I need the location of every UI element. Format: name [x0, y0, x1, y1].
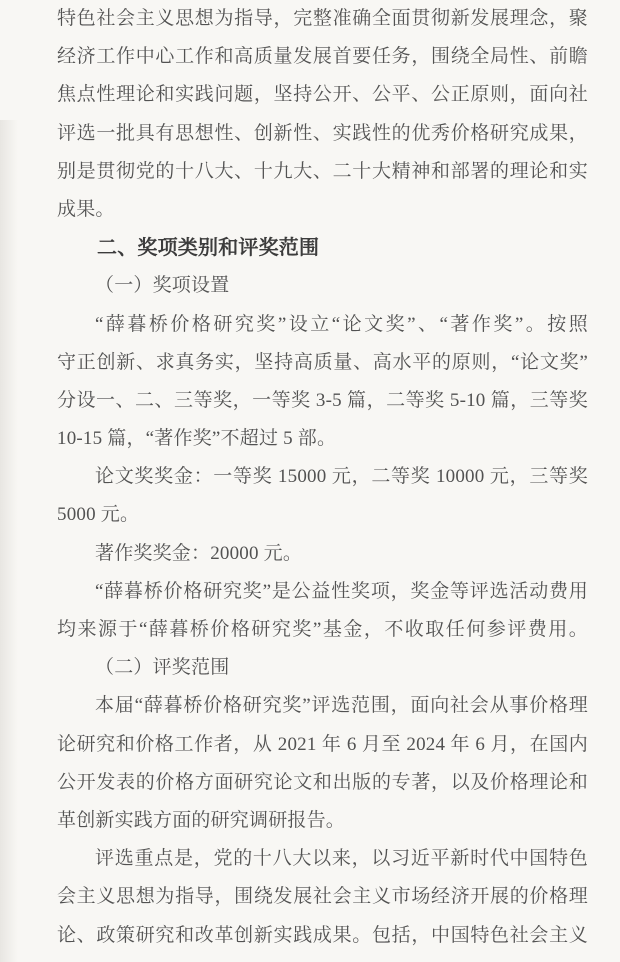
text-line: 分设一、二、三等奖，一等奖 3-5 篇，二等奖 5-10 篇，三等奖 — [57, 382, 588, 420]
text-line: 论、政策研究和改革创新实践成果。包括，中国特色社会主义价 — [57, 917, 588, 955]
text-line: 10-15 篇，“著作奖”不超过 5 部。 — [57, 420, 588, 458]
document-page: 特色社会主义思想为指导，完整准确全面贯彻新发展理念，聚焦经济工作中心工作和高质量… — [0, 0, 620, 962]
text-line: 均来源于“薛暮桥价格研究奖”基金，不收取任何参评费用。 — [57, 611, 588, 649]
text-line: 5000 元。 — [57, 496, 588, 534]
text-line: 论文奖奖金：一等奖 15000 元，二等奖 10000 元，三等奖 — [57, 458, 588, 496]
text-line: 会主义思想为指导，围绕发展社会主义市场经济开展的价格理 — [57, 878, 588, 916]
text-line: 评选一批具有思想性、创新性、实践性的优秀价格研究成果，特 — [57, 115, 588, 153]
text-line: “薛暮桥价格研究奖”设立“论文奖”、“著作奖”。按照 — [57, 306, 588, 344]
text-line: （二）评奖范围 — [57, 649, 588, 687]
text-line: 革创新实践方面的研究调研报告。 — [57, 802, 588, 840]
text-line: 守正创新、求真务实，坚持高质量、高水平的原则，“论文奖” — [57, 344, 588, 382]
text-line: 论研究和价格工作者，从 2021 年 6 月至 2024 年 6 月，在国内外 — [57, 726, 588, 764]
text-line: “薛暮桥价格研究奖”是公益性奖项，奖金等评选活动费用 — [57, 573, 588, 611]
text-line: 别是贯彻党的十八大、十九大、二十大精神和部署的理论和实践 — [57, 153, 588, 191]
text-line: 本届“薛暮桥价格研究奖”评选范围，面向社会从事价格理 — [57, 687, 588, 725]
text-line: 公开发表的价格方面研究论文和出版的专著，以及价格理论和改 — [57, 764, 588, 802]
section-heading: 二、奖项类别和评奖范围 — [57, 229, 588, 267]
text-line: （一）奖项设置 — [57, 267, 588, 305]
text-line: 特色社会主义思想为指导，完整准确全面贯彻新发展理念，聚焦 — [57, 0, 588, 38]
text-line: 焦点性理论和实践问题，坚持公开、公平、公正原则，面向社会 — [57, 76, 588, 114]
text-line: 著作奖奖金：20000 元。 — [57, 535, 588, 573]
text-line: 经济工作中心工作和高质量发展首要任务，围绕全局性、前瞻性、 — [57, 38, 588, 76]
text-line: 评选重点是，党的十八大以来，以习近平新时代中国特色社 — [57, 840, 588, 878]
page-edge-shadow — [0, 120, 18, 962]
document-text-block: 特色社会主义思想为指导，完整准确全面贯彻新发展理念，聚焦经济工作中心工作和高质量… — [57, 0, 588, 955]
text-line: 成果。 — [57, 191, 588, 229]
